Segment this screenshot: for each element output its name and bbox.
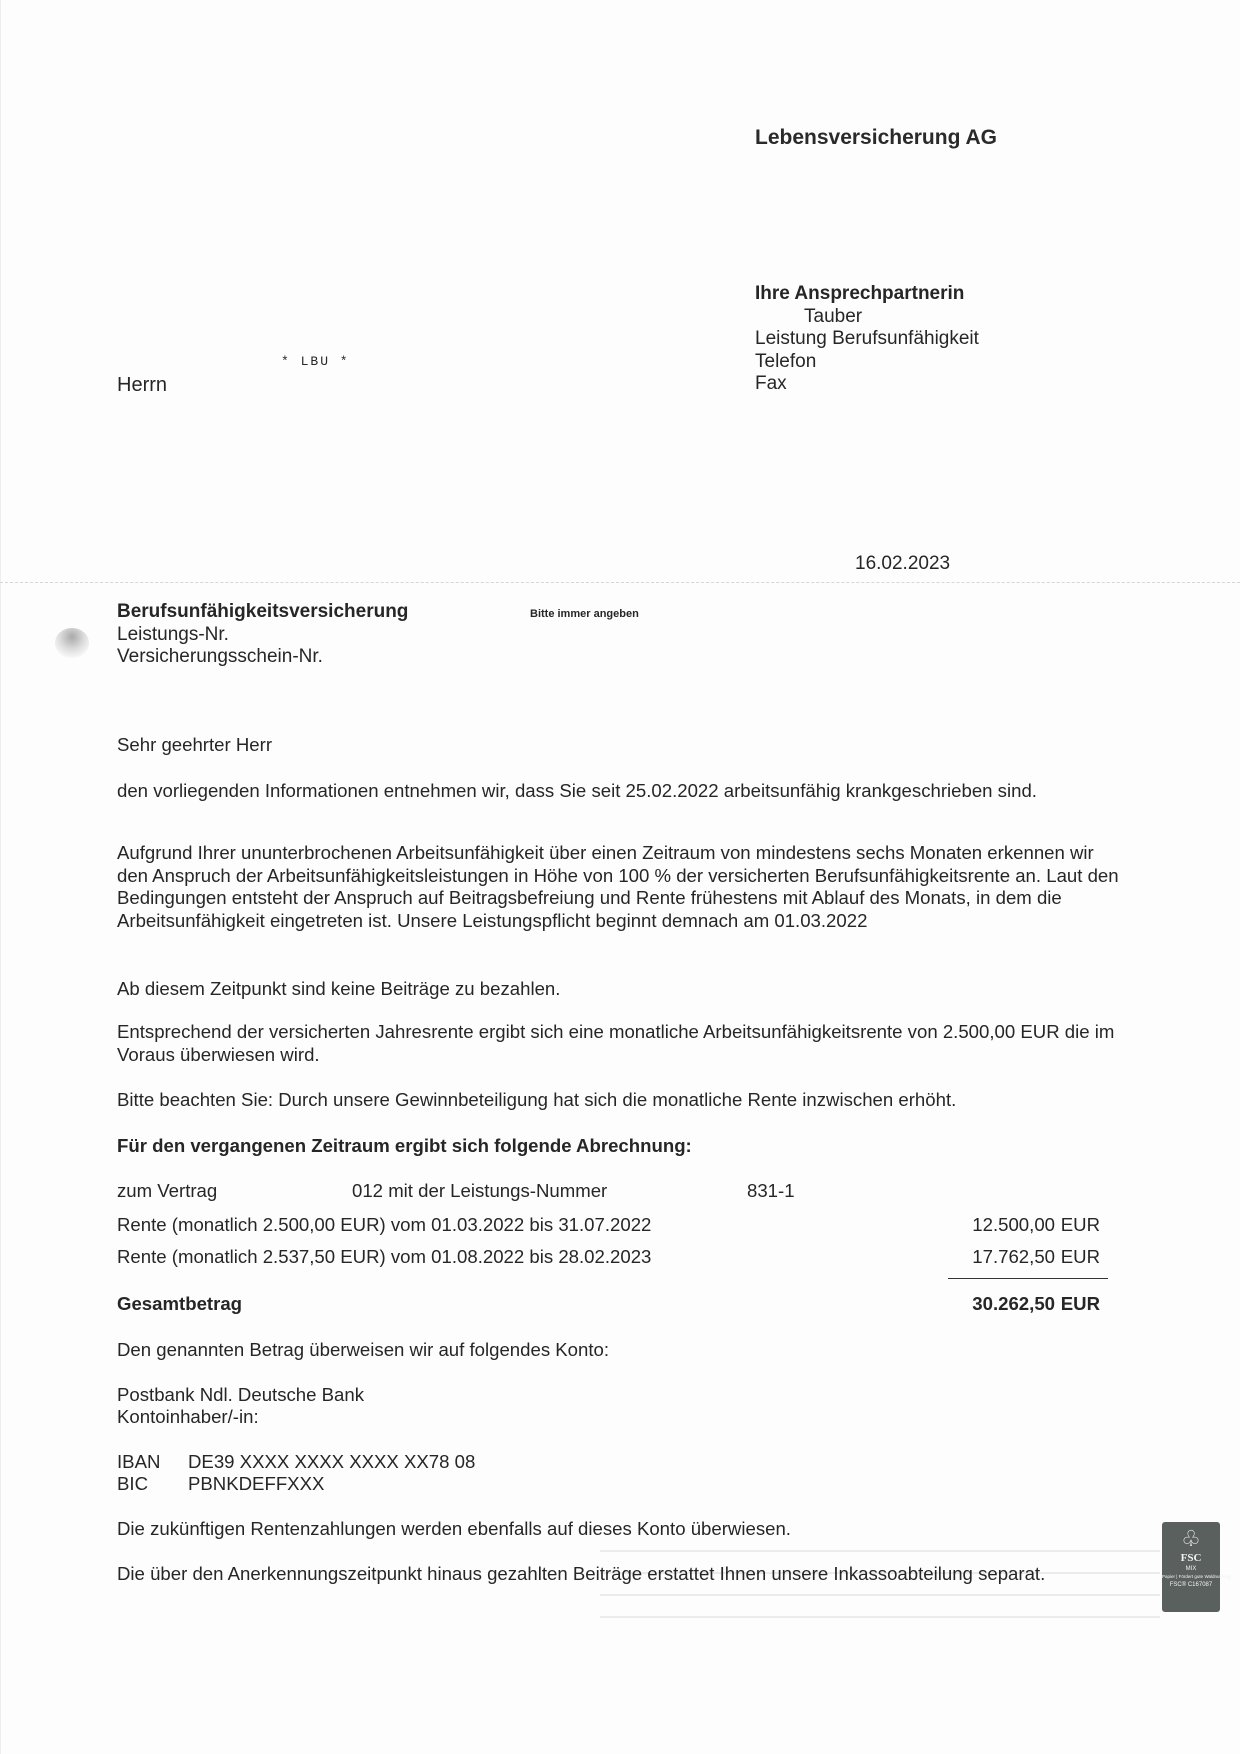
total-currency: EUR <box>1055 1293 1100 1315</box>
total-amount: 30.262,50EUR <box>920 1293 1100 1315</box>
future-payments-note: Die zukünftigen Rentenzahlungen werden e… <box>117 1518 1127 1541</box>
recipient-code: * LBU * <box>281 354 350 369</box>
contract-number: 012 mit der Leistungs-Nummer <box>352 1180 607 1202</box>
fold-line <box>0 582 1240 583</box>
total-label: Gesamtbetrag <box>117 1293 242 1315</box>
subject-policy-no: Versicherungsschein-Nr. <box>117 646 408 669</box>
reference-hint: Bitte immer angeben <box>530 608 639 620</box>
paragraph-5: Bitte beachten Sie: Durch unsere Gewinnb… <box>117 1089 1127 1112</box>
paragraph-2: Aufgrund Ihrer ununterbrochenen Arbeitsu… <box>117 842 1127 932</box>
subject-block: Berufsunfähigkeitsversicherung Leistungs… <box>117 601 408 669</box>
recipient-salutation: Herrn <box>117 374 167 397</box>
amount-currency: EUR <box>1055 1214 1100 1236</box>
contract-row: zum Vertrag <box>117 1180 217 1202</box>
iban-label: IBAN <box>117 1451 160 1473</box>
fsc-tree-icon: ♧ <box>1162 1526 1220 1552</box>
contact-department: Leistung Berufsunfähigkeit <box>755 328 979 351</box>
fsc-name: FSC <box>1162 1552 1220 1564</box>
contact-fax-label: Fax <box>755 373 979 396</box>
account-holder-label: Kontoinhaber/-in: <box>117 1406 1127 1429</box>
paragraph-4: Entsprechend der versicherten Jahresrent… <box>117 1021 1127 1066</box>
paragraph-1: den vorliegenden Informationen entnehmen… <box>117 780 1127 803</box>
bank-name: Postbank Ndl. Deutsche Bank <box>117 1384 1127 1407</box>
contract-label: zum Vertrag <box>117 1180 217 1201</box>
calc-row-1-description: Rente (monatlich 2.500,00 EUR) vom 01.03… <box>117 1214 651 1236</box>
calculation-heading: Für den vergangenen Zeitraum ergibt sich… <box>117 1135 692 1157</box>
contact-heading: Ihre Ansprechpartnerin <box>755 283 979 306</box>
fsc-mix: MIX <box>1162 1564 1220 1574</box>
bleed-through-text <box>600 1550 1160 1630</box>
subject-benefit-no: Leistungs-Nr. <box>117 624 408 647</box>
bic-label: BIC <box>117 1473 148 1495</box>
amount-value: 12.500,00 <box>972 1214 1055 1235</box>
punch-hole-icon <box>55 628 89 658</box>
bic-value: PBNKDEFFXXX <box>188 1473 324 1495</box>
scan-edge <box>0 0 1 1754</box>
contact-block: Ihre Ansprechpartnerin Tauber Leistung B… <box>755 283 979 396</box>
contact-name: Tauber <box>755 306 979 329</box>
letter-date: 16.02.2023 <box>855 553 950 575</box>
sum-line <box>948 1278 1108 1279</box>
calc-row-2-amount: 17.762,50EUR <box>920 1246 1100 1268</box>
contact-phone-label: Telefon <box>755 351 979 374</box>
amount-value: 17.762,50 <box>972 1246 1055 1267</box>
company-name: Lebensversicherung AG <box>755 126 997 150</box>
benefit-number: 831-1 <box>747 1180 795 1202</box>
paragraph-3: Ab diesem Zeitpunkt sind keine Beiträge … <box>117 978 1127 1001</box>
calc-row-2-description: Rente (monatlich 2.537,50 EUR) vom 01.08… <box>117 1246 651 1268</box>
iban-value: DE39 XXXX XXXX XXXX XX78 08 <box>188 1451 475 1473</box>
amount-currency: EUR <box>1055 1246 1100 1268</box>
subject-title: Berufsunfähigkeitsversicherung <box>117 601 408 624</box>
greeting: Sehr geehrter Herr <box>117 734 1127 757</box>
total-value: 30.262,50 <box>972 1293 1055 1314</box>
payment-intro: Den genannten Betrag überweisen wir auf … <box>117 1339 1127 1362</box>
fsc-logo: ♧ FSC MIX Papier | Fördert gute Waldnutz… <box>1162 1522 1220 1612</box>
fsc-code: FSC® C167087 <box>1162 1579 1220 1591</box>
calc-row-1-amount: 12.500,00EUR <box>920 1214 1100 1236</box>
